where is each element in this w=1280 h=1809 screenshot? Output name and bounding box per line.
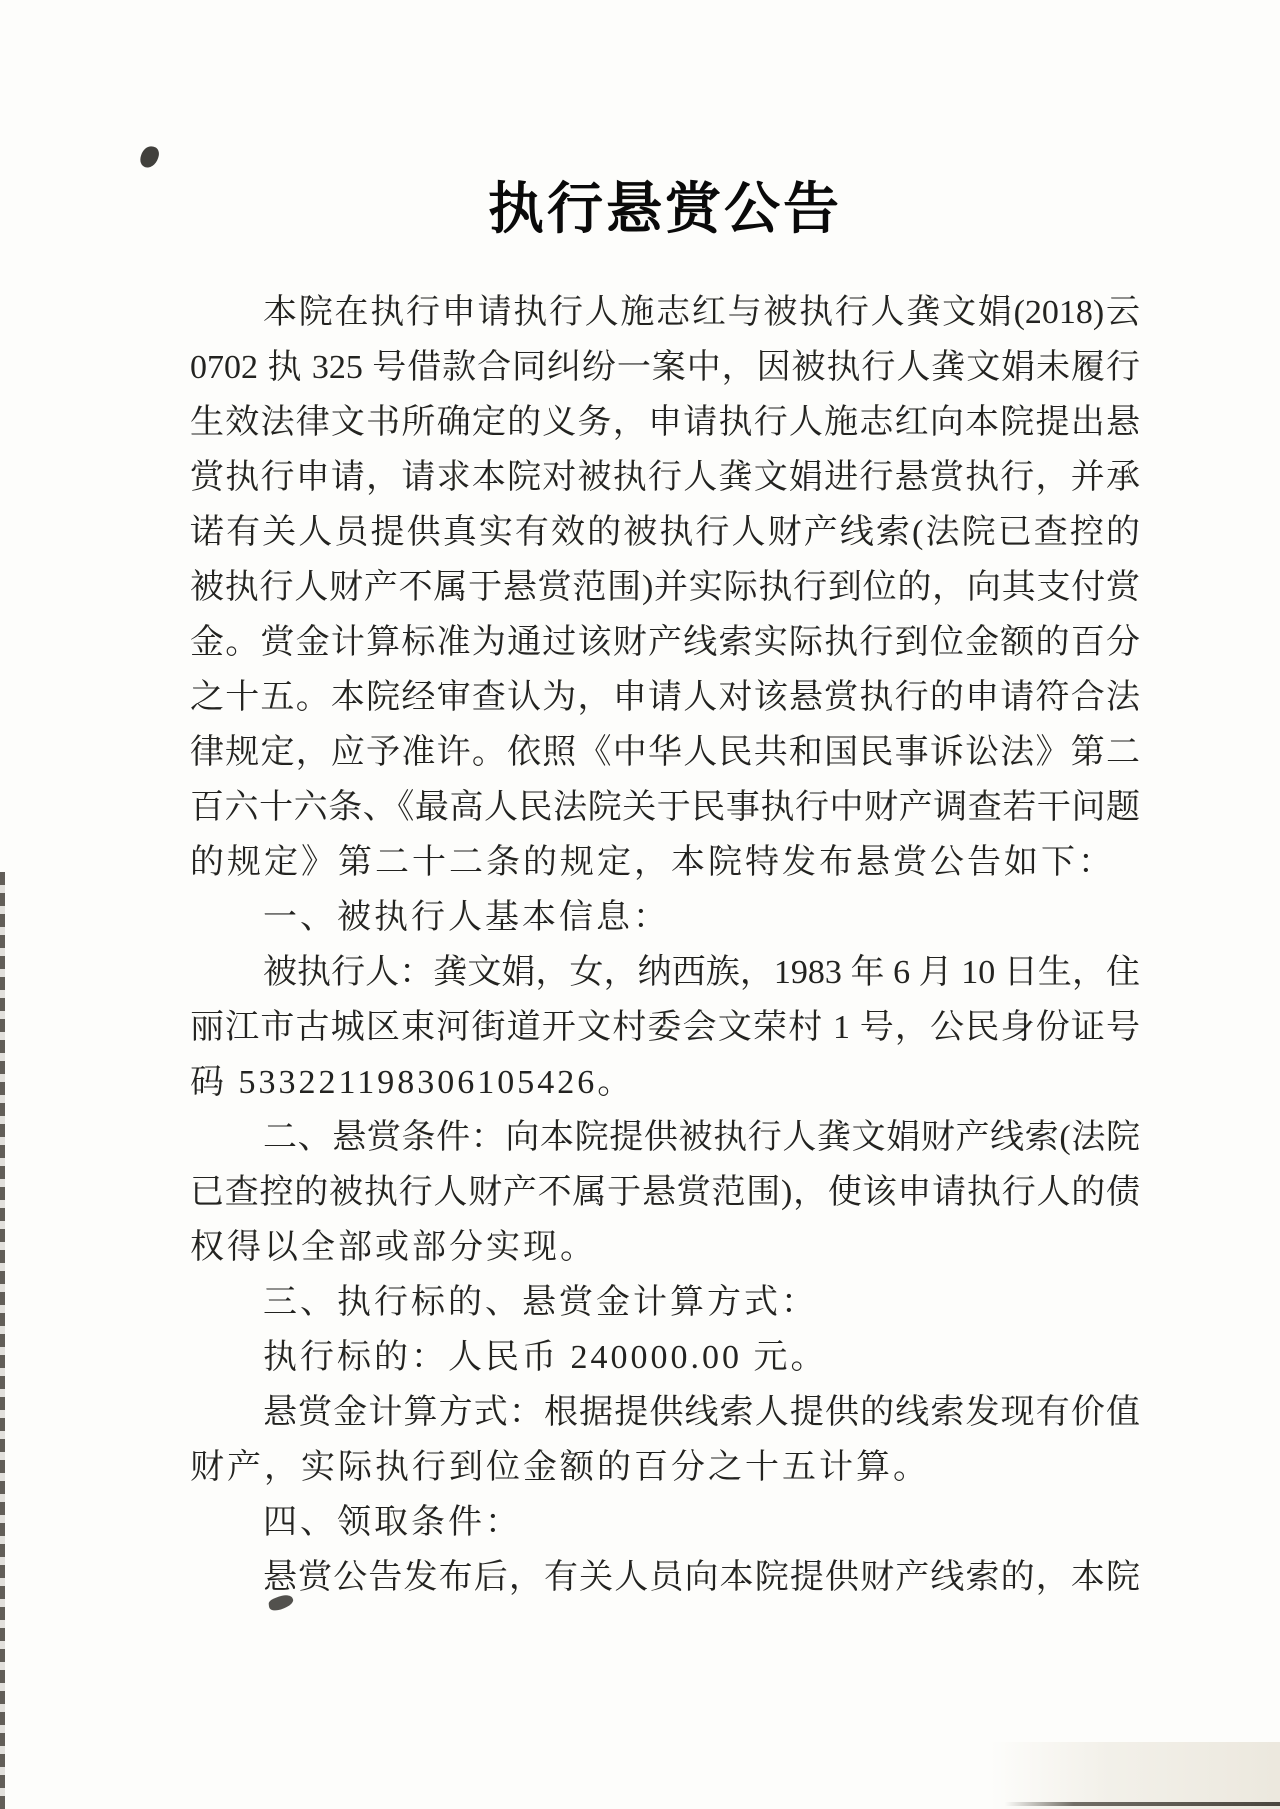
document-body: 本院在执行申请执行人施志红与被执行人龚文娟(2018)云 0702 执 325 … bbox=[190, 285, 1140, 1605]
text-line: 百六十六条、《最高人民法院关于民事执行中财产调查若干问题 bbox=[190, 780, 1140, 835]
text-line: 诺有关人员提供真实有效的被执行人财产线索(法院已查控的 bbox=[190, 505, 1140, 560]
text-line: 执行标的：人民币 240000.00 元。 bbox=[190, 1330, 1140, 1385]
scan-corner-shade-artifact bbox=[990, 1742, 1280, 1809]
text-line: 已查控的被执行人财产不属于悬赏范围)，使该申请执行人的债 bbox=[190, 1165, 1140, 1220]
text-line: 悬赏公告发布后，有关人员向本院提供财产线索的，本院 bbox=[190, 1550, 1140, 1605]
text-line: 丽江市古城区束河街道开文村委会文荣村 1 号，公民身份证号 bbox=[190, 1000, 1140, 1055]
scanned-document-page: 执行悬赏公告 本院在执行申请执行人施志红与被执行人龚文娟(2018)云 0702… bbox=[0, 0, 1280, 1809]
text-line: 二、悬赏条件：向本院提供被执行人龚文娟财产线索(法院 bbox=[190, 1110, 1140, 1165]
text-line: 金。赏金计算标准为通过该财产线索实际执行到位金额的百分 bbox=[190, 615, 1140, 670]
text-line: 0702 执 325 号借款合同纠纷一案中，因被执行人龚文娟未履行 bbox=[190, 340, 1140, 395]
text-line: 生效法律文书所确定的义务，申请执行人施志红向本院提出悬 bbox=[190, 395, 1140, 450]
text-line: 律规定，应予准许。依照《中华人民共和国民事诉讼法》第二 bbox=[190, 725, 1140, 780]
document-title: 执行悬赏公告 bbox=[190, 176, 1140, 244]
scan-bottom-edge-artifact bbox=[1005, 1802, 1280, 1806]
text-line: 赏执行申请，请求本院对被执行人龚文娟进行悬赏执行，并承 bbox=[190, 450, 1140, 505]
ink-speck bbox=[138, 144, 161, 170]
text-line: 四、领取条件： bbox=[190, 1495, 1140, 1550]
text-line: 被执行人财产不属于悬赏范围)并实际执行到位的，向其支付赏 bbox=[190, 560, 1140, 615]
text-line: 码 533221198306105426。 bbox=[190, 1055, 1140, 1110]
text-line: 一、被执行人基本信息： bbox=[190, 890, 1140, 945]
text-line: 财产，实际执行到位金额的百分之十五计算。 bbox=[190, 1440, 1140, 1495]
text-line: 之十五。本院经审查认为，申请人对该悬赏执行的申请符合法 bbox=[190, 670, 1140, 725]
text-line: 悬赏金计算方式：根据提供线索人提供的线索发现有价值 bbox=[190, 1385, 1140, 1440]
text-line: 权得以全部或部分实现。 bbox=[190, 1220, 1140, 1275]
text-line: 的规定》第二十二条的规定，本院特发布悬赏公告如下： bbox=[190, 835, 1140, 890]
text-line: 本院在执行申请执行人施志红与被执行人龚文娟(2018)云 bbox=[190, 285, 1140, 340]
scan-left-edge-artifact bbox=[0, 872, 5, 1809]
text-line: 三、执行标的、悬赏金计算方式： bbox=[190, 1275, 1140, 1330]
text-line: 被执行人：龚文娟，女，纳西族，1983 年 6 月 10 日生，住 bbox=[190, 945, 1140, 1000]
